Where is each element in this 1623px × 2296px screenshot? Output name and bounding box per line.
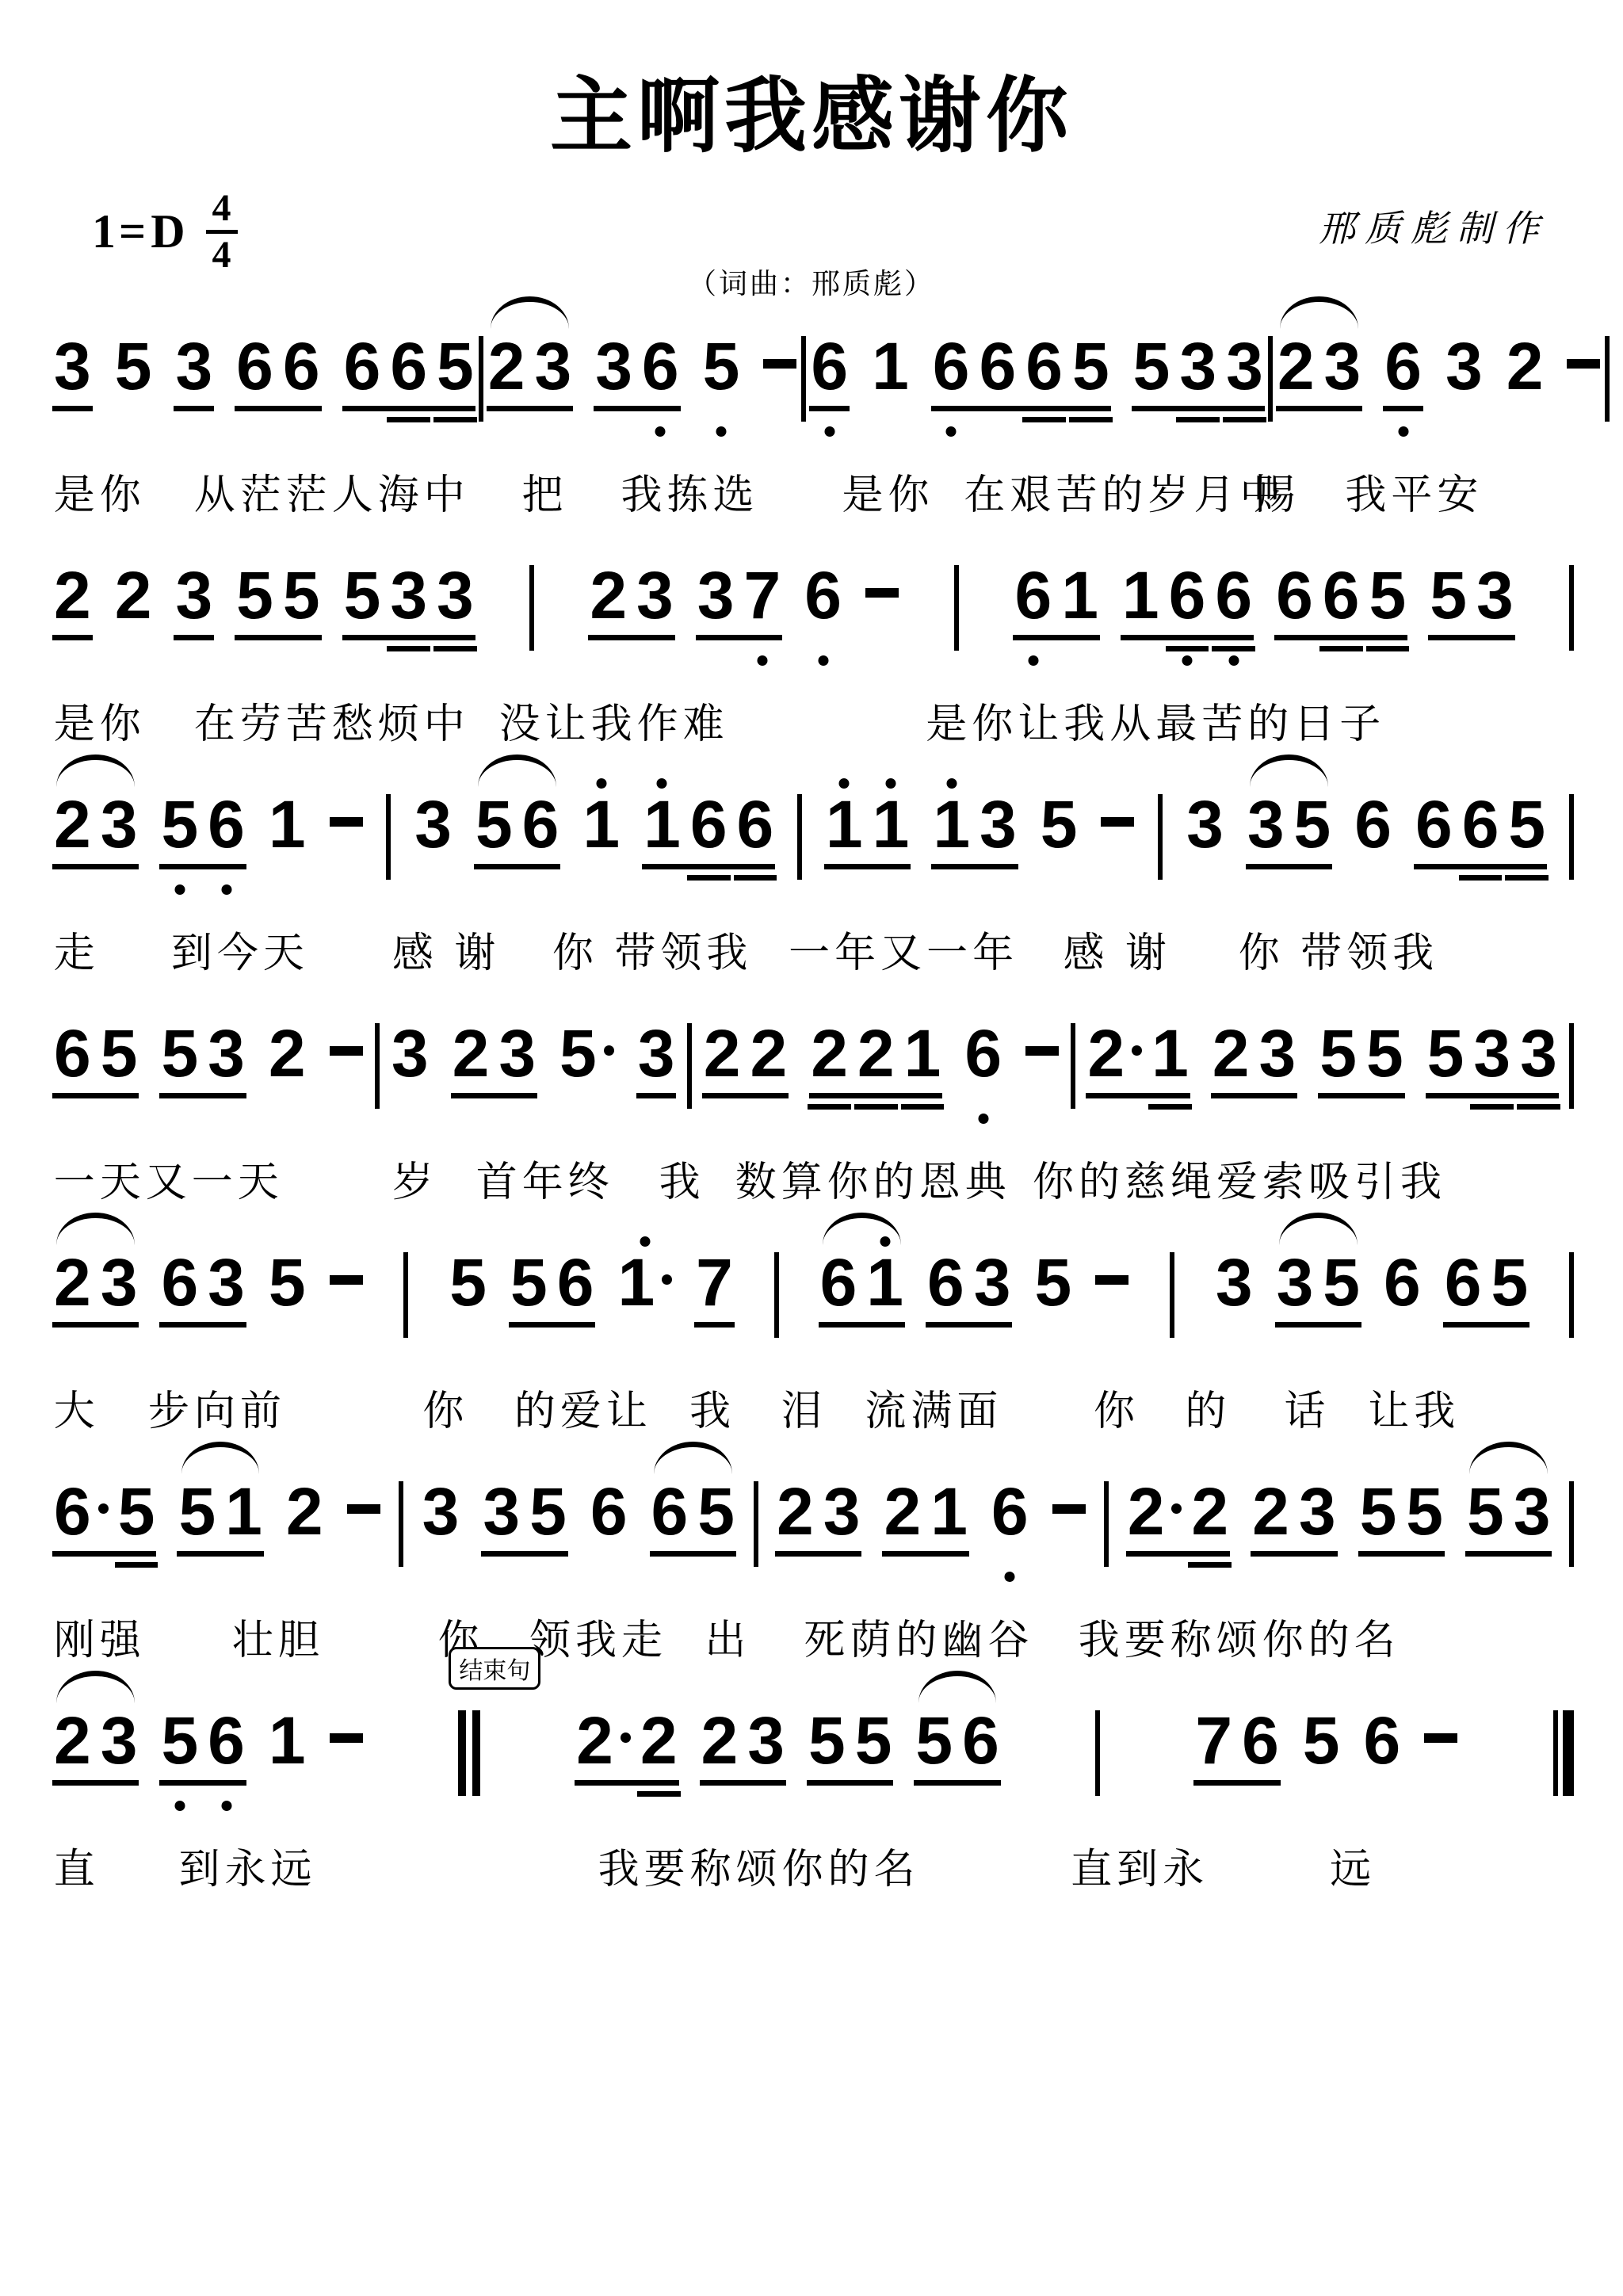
lyric-segment: 流满面	[865, 1377, 1002, 1437]
note: 2	[879, 1478, 926, 1545]
rest-dash	[325, 791, 368, 858]
note-number: 6	[1025, 333, 1063, 399]
barline-wrap	[754, 1478, 758, 1567]
note-number: 5	[1041, 791, 1078, 858]
note: 3	[385, 562, 432, 628]
note-group: 22	[571, 1707, 682, 1774]
lyric-segment: 远	[1330, 1836, 1376, 1895]
note: 5	[339, 562, 386, 628]
note: 6	[1271, 562, 1318, 628]
key-equals: =	[119, 204, 146, 259]
sixteenth-beam	[1366, 646, 1410, 651]
sixteenth-beam	[1148, 1104, 1192, 1110]
note-group: 65	[1440, 1249, 1533, 1316]
note-group: 533	[1128, 333, 1268, 399]
note: 5	[525, 1478, 571, 1545]
note-number: 6	[651, 1478, 689, 1545]
note-number: 2	[54, 562, 91, 628]
measure: 222216	[699, 1020, 1064, 1087]
sixteenth-beam	[1176, 417, 1220, 422]
note-group: 11	[821, 791, 914, 858]
sixteenth-beam	[433, 417, 477, 422]
measure: 335665	[418, 1478, 739, 1545]
lyrics-row: 大步向前你的爱让我泪流满面你的话让我	[49, 1377, 1574, 1428]
note-group: 55	[1315, 1020, 1407, 1087]
octave-dot-low	[757, 655, 767, 666]
barline-wrap	[687, 1020, 692, 1109]
notes-row: 353666652336561666553323632	[49, 333, 1574, 422]
measure: 23632	[1273, 333, 1606, 399]
note: 3	[170, 562, 217, 628]
note-group: 21	[1083, 1020, 1193, 1087]
note-number: 6	[642, 333, 679, 399]
note: 6	[1350, 791, 1396, 858]
dash-glyph	[1567, 359, 1600, 369]
note: 1	[867, 333, 914, 399]
dash-glyph	[1025, 1046, 1059, 1056]
dash-glyph	[347, 1504, 380, 1514]
barline	[1569, 1481, 1574, 1567]
note-number: 5	[1323, 1249, 1360, 1316]
note: 3	[1515, 1020, 1562, 1087]
notes-row: 655123356652321622235553	[49, 1478, 1574, 1567]
sixteenth-beam	[387, 417, 430, 422]
note: 1	[1147, 1020, 1193, 1087]
octave-dot-low	[824, 426, 834, 437]
note-number: 2	[488, 333, 525, 399]
sixteenth-beam	[1212, 646, 1255, 651]
note-number: 2	[1277, 333, 1315, 399]
note: 5	[1355, 1478, 1402, 1545]
note-number: 6	[1354, 791, 1392, 858]
note-number: 5	[703, 333, 740, 399]
notes-row: 23561结束句222355567656	[49, 1707, 1574, 1796]
note-number: 6	[690, 791, 727, 858]
note-number: 2	[576, 1707, 613, 1774]
lyric-segment: 走	[54, 919, 100, 979]
barline	[403, 1252, 408, 1338]
note-group	[758, 333, 801, 399]
lyrics-row: 是你从茫茫人海中把我拣选是你在艰苦的岁月中赐我平安	[49, 461, 1574, 512]
note-number: 6	[54, 1020, 91, 1087]
note-number: 6	[590, 1478, 628, 1545]
rest-dash	[342, 1478, 385, 1545]
note-group	[1096, 791, 1139, 858]
sixteenth-beam	[1319, 646, 1363, 651]
lyric-segment: 我	[689, 1377, 735, 1437]
note-group: 1	[264, 791, 311, 858]
lyrics-row: 走到今天感 谢你 带领我一年又一年感 谢你 带领我	[49, 919, 1574, 970]
note: 6	[685, 791, 732, 858]
note: 2	[1186, 1478, 1233, 1545]
note-number: 3	[414, 791, 452, 858]
lyric-segment: 岁	[392, 1148, 438, 1208]
final-barline	[1553, 1710, 1574, 1796]
note-number: 5	[1294, 791, 1331, 858]
augmentation-dot	[662, 1274, 672, 1285]
note: 1	[868, 791, 915, 858]
measure: 22235556	[571, 1707, 1004, 1774]
note: 6	[922, 1249, 969, 1316]
rest-dash	[758, 333, 801, 399]
barline	[529, 565, 534, 651]
note: 5	[1298, 1707, 1345, 1774]
barline	[1170, 1252, 1174, 1338]
rest-dash	[325, 1249, 368, 1316]
octave-dot-low	[1228, 655, 1239, 666]
note: 6	[156, 1249, 203, 1316]
sixteenth-beam	[901, 1104, 945, 1110]
note-number: 5	[1406, 1478, 1443, 1545]
note: 2	[697, 1707, 743, 1774]
note-number: 6	[208, 791, 245, 858]
note-group: 3	[170, 562, 217, 628]
note-number: 5	[1508, 791, 1545, 858]
note: 6	[1164, 562, 1211, 628]
lyric-segment: 没让我作难	[499, 690, 729, 750]
note: 2	[110, 562, 157, 628]
note: 3	[693, 562, 739, 628]
measure: 23216	[772, 1478, 1090, 1545]
note-number: 1	[866, 1249, 903, 1316]
note-number: 5	[344, 562, 381, 628]
measure: 65512	[49, 1478, 385, 1545]
note: 3	[969, 1249, 1016, 1316]
key-tonic: 1	[92, 204, 116, 259]
note-group: 6	[1380, 333, 1426, 399]
note: 5	[1361, 1020, 1408, 1087]
slur-group: 65	[647, 1478, 739, 1545]
note: 6	[278, 333, 325, 399]
note: 3	[1294, 1478, 1341, 1545]
barline-wrap	[1569, 562, 1574, 651]
note-group: 3	[633, 1020, 680, 1087]
notes-row: 6553232353222216212355533	[49, 1020, 1574, 1109]
note: 1	[264, 791, 311, 858]
note-number: 3	[980, 791, 1017, 858]
note-number: 5	[475, 791, 513, 858]
octave-dot-low	[174, 1801, 185, 1811]
lyric-segment: 感 谢	[1063, 919, 1170, 979]
note: 3	[203, 1249, 250, 1316]
note: 2	[49, 791, 96, 858]
lyric-segment: 大	[54, 1377, 100, 1437]
lyric-segment: 你 带领我	[1239, 919, 1438, 979]
note-group: 1	[264, 1707, 311, 1774]
note-number: 6	[390, 333, 427, 399]
barline-wrap	[375, 1020, 380, 1109]
note: 1	[220, 1478, 267, 1545]
note-number: 6	[933, 333, 970, 399]
note-group: 3	[1211, 1249, 1258, 1316]
note-group: 166	[639, 791, 778, 858]
barline-wrap	[403, 1249, 408, 1338]
note-group: 3	[49, 333, 96, 399]
section-double-barline	[458, 1710, 480, 1796]
note-number: 3	[534, 333, 571, 399]
note-number: 1	[873, 791, 910, 858]
note-number: 6	[344, 333, 381, 399]
lyric-segment: 你	[422, 1377, 468, 1437]
note: 6	[1411, 791, 1457, 858]
note-number: 3	[1186, 791, 1224, 858]
measure: 212355533	[1083, 1020, 1561, 1087]
dash-glyph	[330, 817, 363, 827]
note-group: 2	[49, 562, 96, 628]
notes-row: 22355533233766116666553	[49, 562, 1574, 651]
note-group	[1562, 333, 1605, 399]
note-number: 5	[161, 791, 198, 858]
sixteenth-beam	[1505, 875, 1549, 881]
note: 5	[174, 1478, 220, 1545]
note: 6	[1237, 1707, 1284, 1774]
slur-group: 23	[49, 1249, 142, 1316]
note-number: 2	[54, 1707, 91, 1774]
note-number: 5	[269, 1249, 306, 1316]
augmentation-dot	[604, 1045, 614, 1056]
note-number: 5	[1034, 1249, 1071, 1316]
note-number: 3	[1514, 1478, 1551, 1545]
note-number: 6	[557, 1249, 594, 1316]
note-group: 166	[1117, 562, 1257, 628]
barline-wrap	[1605, 333, 1610, 422]
sixteenth-beam	[1517, 1104, 1560, 1110]
note-number: 6	[980, 333, 1017, 399]
slur-group: 23	[1273, 333, 1365, 399]
barline	[1095, 1710, 1100, 1796]
lyric-segment: 是你	[54, 690, 146, 750]
slur-group: 23	[49, 791, 142, 858]
song-title: 主啊我感谢你	[0, 49, 1623, 168]
lyric-segment: 你 带领我	[552, 919, 752, 979]
octave-dot-low	[655, 426, 666, 437]
note-group: 6	[586, 1478, 632, 1545]
note: 2	[49, 1707, 96, 1774]
barline	[1104, 1481, 1109, 1567]
note-group: 5	[1029, 1249, 1076, 1316]
barline	[1569, 794, 1574, 880]
ending-phrase-label: 结束句	[449, 1647, 540, 1690]
augmentation-dot	[1132, 1045, 1142, 1056]
note-number: 1	[933, 791, 970, 858]
barline	[1071, 1023, 1075, 1109]
lyric-segment: 我要称颂你的名	[1079, 1606, 1400, 1666]
note-number: 3	[823, 1478, 861, 1545]
note-group: 22	[699, 1020, 792, 1087]
note-number: 1	[617, 1249, 655, 1316]
note: 5	[850, 1707, 897, 1774]
note: 3	[1254, 1020, 1301, 1087]
note-group: 6665	[928, 333, 1114, 399]
lyric-segment: 让我	[1368, 1377, 1460, 1437]
note-number: 5	[1430, 562, 1467, 628]
dash-glyph	[1095, 1275, 1128, 1285]
note-number: 6	[991, 1478, 1029, 1545]
note: 6	[1379, 1249, 1426, 1316]
note-group: 55	[231, 562, 324, 628]
slur-group: 35	[1243, 791, 1335, 858]
note-number: 5	[1319, 1020, 1357, 1087]
measure: 35366665	[49, 333, 479, 399]
note-group	[1048, 1478, 1090, 1545]
note: 2	[745, 1020, 792, 1087]
slur-group: 56	[911, 1707, 1003, 1774]
note: 2	[772, 1478, 819, 1545]
note-number: 2	[701, 1707, 739, 1774]
note-number: 5	[101, 1020, 138, 1087]
note-group	[325, 1707, 368, 1774]
measure: 23561	[49, 1707, 368, 1774]
note: 6	[1010, 562, 1056, 628]
note: 5	[1067, 333, 1114, 399]
note: 2	[571, 1707, 636, 1774]
lyrics-row: 一天又一天岁首年终我数算你的恩典你的慈绳爱索吸引我	[49, 1148, 1574, 1199]
note: 2	[1273, 333, 1319, 399]
note: 6	[1210, 562, 1257, 628]
barline-wrap	[1553, 1707, 1574, 1796]
note-number: 6	[1276, 562, 1313, 628]
note: 6	[552, 1249, 599, 1316]
note: 1	[578, 791, 624, 858]
note: 6	[960, 1020, 1006, 1087]
lyric-segment: 泪	[781, 1377, 827, 1437]
note: 3	[529, 333, 576, 399]
note-group: 7	[691, 1249, 738, 1316]
note-number: 5	[178, 1478, 216, 1545]
note-group: 66	[231, 333, 324, 399]
note-number: 5	[808, 1707, 846, 1774]
note: 3	[96, 1249, 143, 1316]
note-number: 3	[697, 562, 735, 628]
rest-dash	[1090, 1249, 1133, 1316]
note: 2	[264, 1020, 311, 1087]
octave-dot-low	[978, 1114, 988, 1124]
lyrics-row: 直到永远我要称颂你的名直到永远	[49, 1836, 1574, 1886]
note-number: 6	[236, 333, 273, 399]
note: 3	[203, 1020, 250, 1087]
note-number: 6	[54, 1478, 91, 1545]
sixteenth-beam	[687, 875, 731, 881]
lyric-segment: 在艰苦的岁月中	[964, 461, 1285, 521]
sixteenth-beam	[808, 1104, 851, 1110]
dash-glyph	[865, 588, 899, 598]
note-group: 6	[1379, 1249, 1426, 1316]
note-number: 5	[283, 562, 320, 628]
note-number: 5	[115, 333, 152, 399]
note-number: 6	[737, 791, 774, 858]
note-number: 3	[1520, 1020, 1557, 1087]
note-number: 1	[269, 1707, 306, 1774]
measure: 61635	[815, 1249, 1134, 1316]
note-group	[861, 562, 903, 628]
note-group: 37	[693, 562, 785, 628]
note-group: 23	[585, 562, 678, 628]
key-letter: D	[151, 204, 185, 259]
note: 5	[1365, 562, 1411, 628]
rest-dash	[1419, 1707, 1462, 1774]
note-group: 3	[170, 333, 217, 399]
note-number: 7	[1195, 1707, 1232, 1774]
note: 6	[957, 1707, 1004, 1774]
note-group: 2	[281, 1478, 328, 1545]
lyric-segment: 我	[659, 1148, 705, 1208]
note: 3	[418, 1478, 464, 1545]
note-number: 3	[391, 1020, 429, 1087]
octave-dot-high	[885, 778, 896, 789]
note-number: 7	[696, 1249, 733, 1316]
augmentation-dot	[98, 1503, 109, 1514]
note: 1	[639, 791, 685, 858]
measure: 3561166	[410, 791, 778, 858]
lyric-segment: 壮胆	[232, 1606, 324, 1666]
note: 5	[1318, 1249, 1365, 1316]
note-number: 5	[1366, 1020, 1403, 1087]
measure: 616665533	[806, 333, 1267, 399]
note-group: 63	[922, 1249, 1015, 1316]
slur-group: 35	[1272, 1249, 1365, 1316]
note: 1	[1117, 562, 1164, 628]
rest-dash	[1562, 333, 1605, 399]
note: 6	[975, 333, 1022, 399]
note: 6	[815, 1249, 862, 1316]
note-group	[325, 791, 368, 858]
note-number: 2	[1507, 333, 1544, 399]
note-number: 1	[1151, 1020, 1189, 1087]
note-group: 3	[387, 1020, 433, 1087]
note-number: 2	[1191, 1478, 1228, 1545]
lyric-segment: 出	[705, 1606, 750, 1666]
barline-wrap	[1071, 1020, 1075, 1109]
note: 5	[96, 1020, 143, 1087]
note-number: 1	[269, 791, 306, 858]
note-group: 55	[804, 1707, 896, 1774]
barline-wrap	[774, 1249, 779, 1338]
note: 2	[1083, 1020, 1147, 1087]
rest-dash	[861, 562, 903, 628]
note-number: 2	[1128, 1478, 1165, 1545]
barline-wrap	[1095, 1707, 1100, 1796]
note-group: 5	[1298, 1707, 1345, 1774]
note-group: 56	[506, 1249, 598, 1316]
note: 6	[1457, 791, 1504, 858]
note: 5	[693, 1478, 739, 1545]
measure: 22235553	[1123, 1478, 1556, 1545]
note-group: 2	[110, 562, 157, 628]
note-number: 5	[1072, 333, 1109, 399]
note: 5	[278, 562, 325, 628]
octave-dot-high	[946, 778, 957, 789]
measure: 6116666553	[1010, 562, 1518, 628]
note-group: 665	[1411, 791, 1550, 858]
note: 5	[445, 1249, 491, 1316]
note-number: 6	[1384, 333, 1422, 399]
note-number: 3	[498, 1020, 536, 1087]
barline	[754, 1481, 758, 1567]
measure: 23365	[483, 333, 802, 399]
note-group: 3	[1441, 333, 1487, 399]
note-number: 5	[1303, 1707, 1340, 1774]
lyric-segment: 到永远	[179, 1836, 317, 1895]
note: 5	[156, 1020, 203, 1087]
note-number: 3	[1216, 1249, 1253, 1316]
barline-wrap	[1104, 1478, 1109, 1567]
octave-dot-low	[221, 1801, 231, 1811]
note: 2	[49, 562, 96, 628]
note: 5	[1036, 791, 1083, 858]
note: 2	[806, 1020, 853, 1087]
note-number: 2	[115, 562, 152, 628]
note: 5	[110, 333, 157, 399]
